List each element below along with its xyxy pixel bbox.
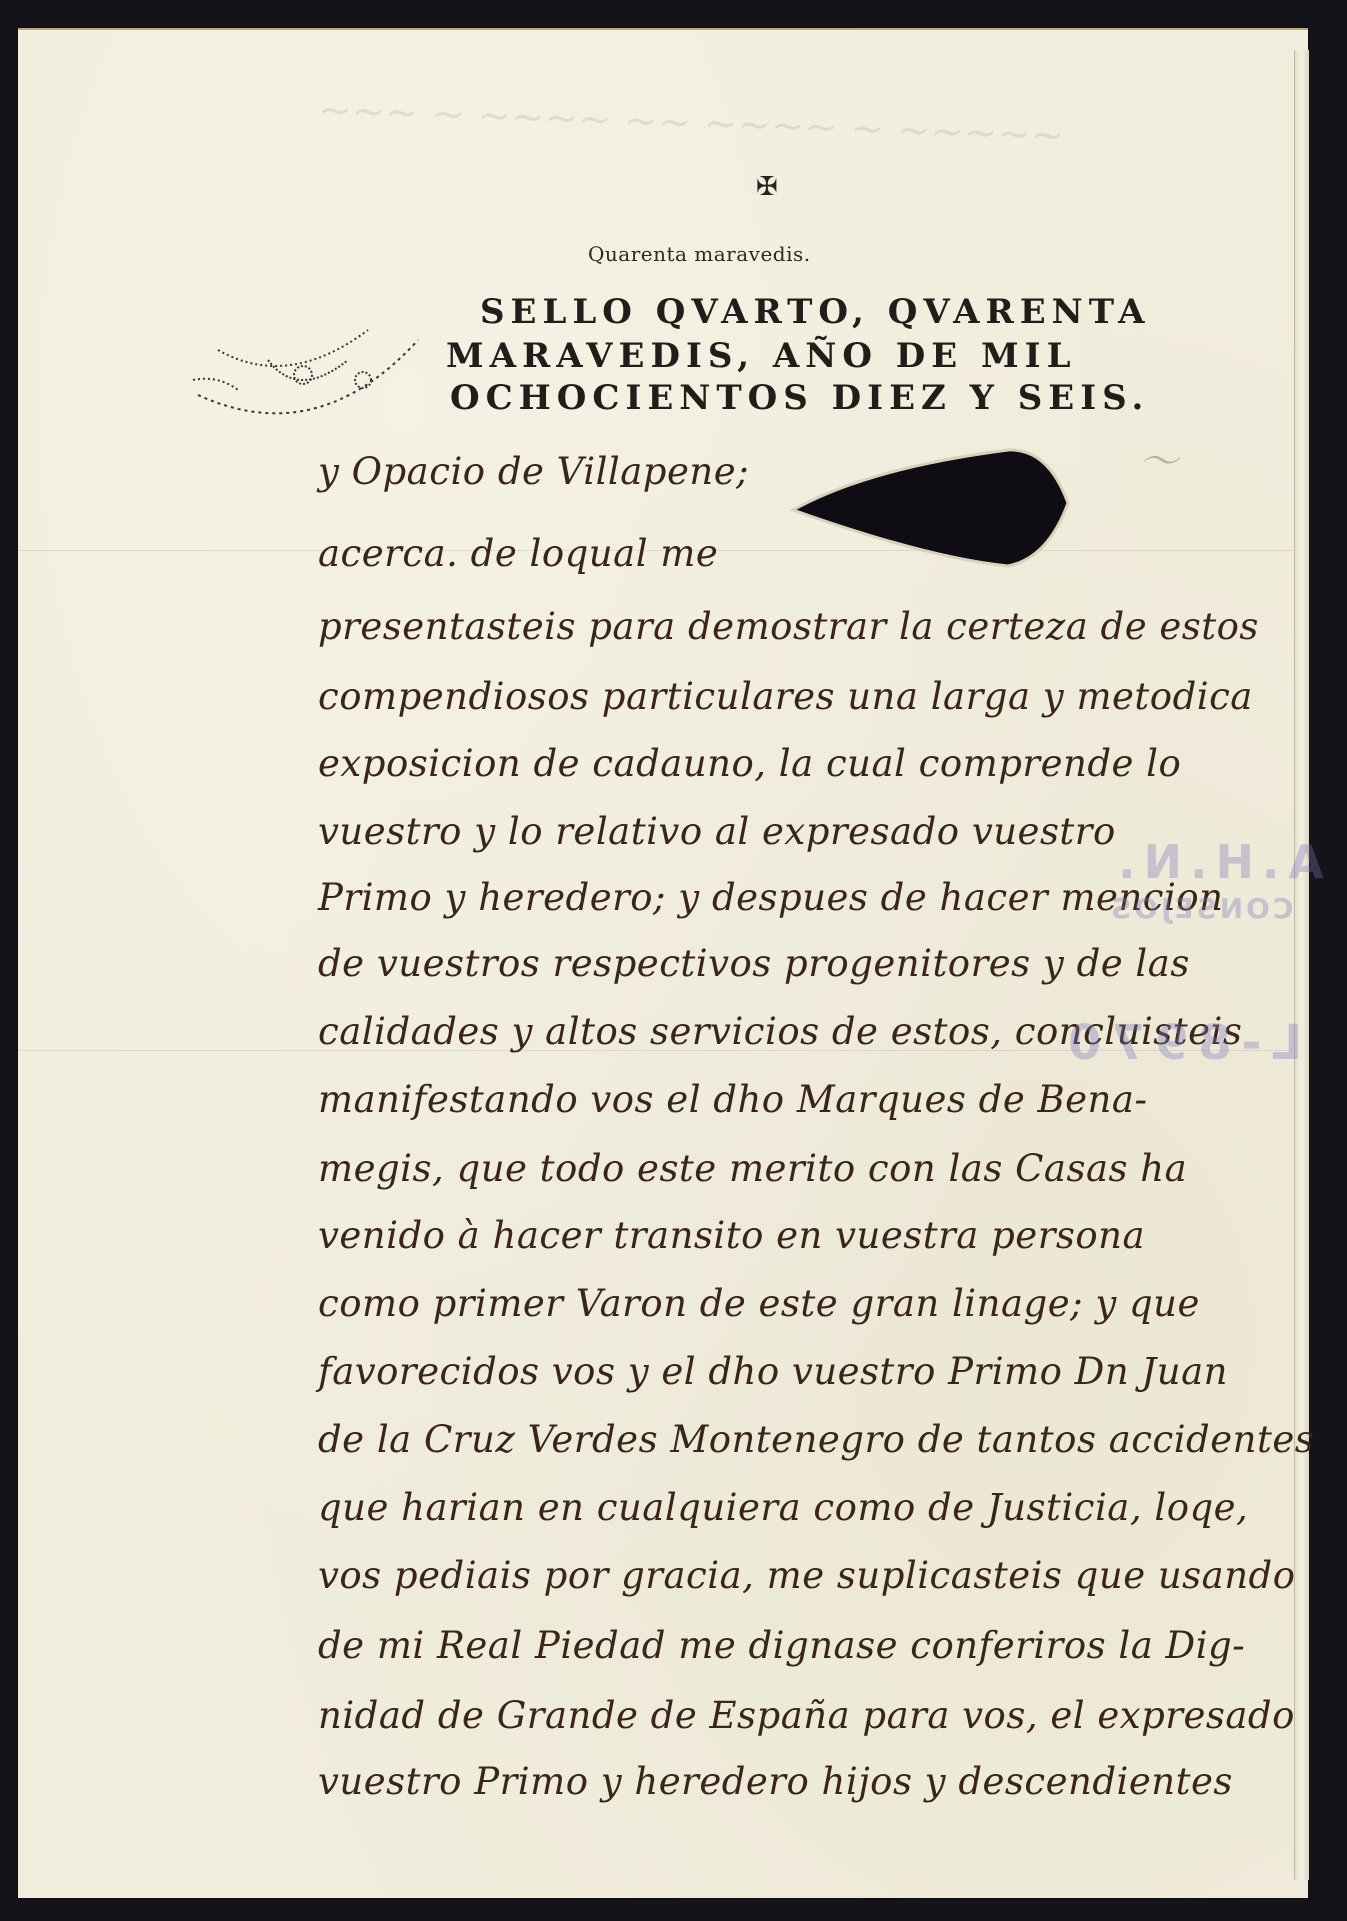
paper-hole bbox=[788, 448, 1078, 570]
margin-pencil-mark: 〜 bbox=[1138, 430, 1178, 487]
royal-arms-emblem-icon bbox=[178, 280, 458, 430]
manuscript-line: como primer Varon de este gran linage; y… bbox=[318, 1282, 1200, 1325]
manuscript-line: megis, que todo este merito con las Casa… bbox=[318, 1147, 1187, 1190]
archive-stamp-institution: A.H.N. bbox=[1110, 835, 1324, 889]
manuscript-line: acerca. de loqual me bbox=[318, 532, 718, 575]
archive-stamp-section: CONSEJOS bbox=[1108, 892, 1293, 925]
manuscript-line: vuestro y lo relativo al expresado vuest… bbox=[318, 810, 1116, 853]
seal-price-label: Quarenta maravedis. bbox=[588, 242, 811, 266]
manuscript-line: nidad de Grande de España para vos, el e… bbox=[318, 1694, 1295, 1737]
manuscript-line: vos pediais por gracia, me suplicasteis … bbox=[318, 1554, 1296, 1597]
manuscript-line: compendiosos particulares una larga y me… bbox=[318, 675, 1253, 718]
manuscript-line: de mi Real Piedad me dignase conferiros … bbox=[318, 1624, 1245, 1667]
manuscript-line: de la Cruz Verdes Montenegro de tantos a… bbox=[318, 1418, 1314, 1461]
seal-text-line-1: SELLO QVARTO, QVARENTA bbox=[480, 292, 1151, 332]
manuscript-line: y Opacio de Villapene; bbox=[318, 450, 749, 493]
manuscript-line: manifestando vos el dho Marques de Bena- bbox=[318, 1078, 1147, 1121]
manuscript-line: exposicion de cadauno, la cual comprende… bbox=[318, 742, 1181, 785]
manuscript-line: que harian en cualquiera como de Justici… bbox=[318, 1486, 1248, 1529]
archive-stamp-reference: L-8970 bbox=[1058, 1015, 1302, 1071]
seal-text-line-3: OCHOCIENTOS DIEZ Y SEIS. bbox=[450, 378, 1149, 418]
manuscript-line: favorecidos vos y el dho vuestro Primo D… bbox=[318, 1350, 1228, 1393]
manuscript-line: vuestro Primo y heredero hijos y descend… bbox=[318, 1760, 1233, 1803]
seal-cross-icon: ✠ bbox=[756, 172, 778, 202]
bleed-through-text: ~~~ ~ ~~~~ ~~ ~~~~ ~ ~~~~~ bbox=[317, 87, 1065, 159]
page-edge-fold bbox=[1294, 50, 1309, 1880]
manuscript-page: ~~~ ~ ~~~~ ~~ ~~~~ ~ ~~~~~ ✠ Quarenta ma… bbox=[18, 28, 1308, 1898]
manuscript-line: Primo y heredero; y despues de hacer men… bbox=[318, 876, 1223, 919]
manuscript-line: de vuestros respectivos progenitores y d… bbox=[318, 942, 1190, 985]
manuscript-line: presentasteis para demostrar la certeza … bbox=[318, 605, 1259, 648]
seal-text-line-2: MARAVEDIS, AÑO DE MIL bbox=[446, 336, 1076, 376]
manuscript-line: venido à hacer transito en vuestra perso… bbox=[318, 1214, 1145, 1257]
